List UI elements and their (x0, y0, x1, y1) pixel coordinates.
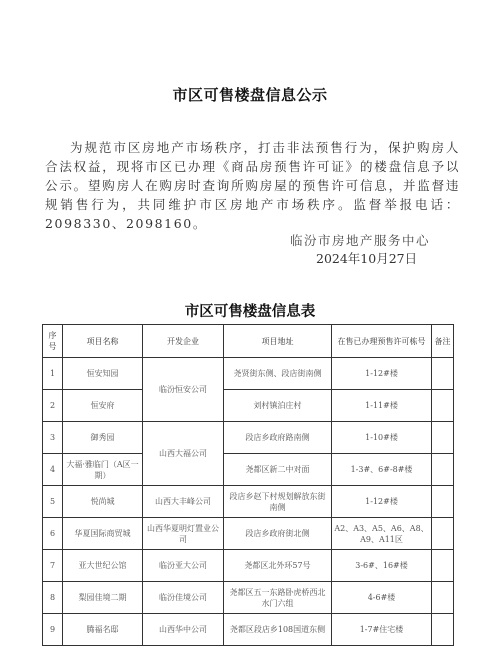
header-project-name: 项目名称 (63, 325, 143, 358)
cell-no: 6 (43, 518, 63, 550)
table-row: 5 悦尚城 山西大丰峰公司 段店乡赵下村规划解放东街南侧 1-12#楼 (43, 486, 454, 518)
cell-address: 段店乡政府街北侧 (224, 518, 332, 550)
header-address: 项目地址 (224, 325, 332, 358)
table-row: 9 腾福名邸 山西华中公司 尧都区段店乡108国道东侧 1-7#住宅楼 (43, 614, 454, 646)
cell-address: 尧都区段店乡108国道东侧 (224, 614, 332, 646)
table-header-row: 序号 项目名称 开发企业 项目地址 在售已办理预售许可栋号 备注 (43, 325, 454, 358)
cell-note (432, 486, 454, 518)
issue-date: 2024年10月27日 (316, 249, 417, 267)
cell-address: 段店乡赵下村规划解放东街南侧 (224, 486, 332, 518)
issuer-name: 临汾市房地产服务中心 (290, 231, 430, 249)
cell-no: 2 (43, 390, 63, 422)
header-permit-buildings: 在售已办理预售许可栋号 (332, 325, 432, 358)
cell-permit-buildings: 1-12#楼 (332, 486, 432, 518)
cell-no: 3 (43, 422, 63, 454)
cell-no: 8 (43, 582, 63, 614)
cell-project-name: 梨园佳境二期 (63, 582, 143, 614)
cell-no: 7 (43, 550, 63, 582)
table-row: 1 恒安知园 临汾恒安公司 尧贤街东侧、段店街南侧 1-12#楼 (43, 358, 454, 390)
cell-address: 尧都区北外环57号 (224, 550, 332, 582)
cell-permit-buildings: 1-10#楼 (332, 422, 432, 454)
cell-permit-buildings: 3-6#、16#楼 (332, 550, 432, 582)
cell-developer: 临汾亚大公司 (143, 550, 224, 582)
table-row: 8 梨园佳境二期 临汾佳境公司 尧都区五一东路卧虎桥西北水门六组 4-6#楼 (43, 582, 454, 614)
cell-developer: 临汾恒安公司 (143, 358, 224, 422)
cell-permit-buildings: A2、A3、A5、A6、A8、A9、A11区 (332, 518, 432, 550)
cell-developer: 山西华中公司 (143, 614, 224, 646)
cell-no: 1 (43, 358, 63, 390)
cell-no: 4 (43, 454, 63, 486)
cell-address: 尧贤街东侧、段店街南侧 (224, 358, 332, 390)
cell-note (432, 550, 454, 582)
cell-note (432, 518, 454, 550)
header-no: 序号 (43, 325, 63, 358)
cell-developer: 山西大丰峰公司 (143, 486, 224, 518)
cell-project-name: 亚大世纪公馆 (63, 550, 143, 582)
cell-project-name: 悦尚城 (63, 486, 143, 518)
cell-address: 段店乡政府路南侧 (224, 422, 332, 454)
announcement-body: 为规范市区房地产市场秩序，打击非法预售行为，保护购房人合法权益，现将市区已办理《… (45, 138, 460, 233)
cell-note (432, 390, 454, 422)
table-row: 2 恒安府 刘村镇泊庄村 1-11#楼 (43, 390, 454, 422)
table-row: 4 大福·雅临门（A区一期） 尧都区新二中对面 1-3#、6#-8#楼 (43, 454, 454, 486)
table-row: 7 亚大世纪公馆 临汾亚大公司 尧都区北外环57号 3-6#、16#楼 (43, 550, 454, 582)
header-developer: 开发企业 (143, 325, 224, 358)
cell-no: 5 (43, 486, 63, 518)
cell-project-name: 御秀园 (63, 422, 143, 454)
cell-project-name: 腾福名邸 (63, 614, 143, 646)
cell-address: 刘村镇泊庄村 (224, 390, 332, 422)
table-row: 3 御秀园 山西大福公司 段店乡政府路南侧 1-10#楼 (43, 422, 454, 454)
cell-permit-buildings: 1-3#、6#-8#楼 (332, 454, 432, 486)
cell-permit-buildings: 1-7#住宅楼 (332, 614, 432, 646)
cell-developer: 山西华夏明灯置业公司 (143, 518, 224, 550)
table-row: 6 华夏国际商贸城 山西华夏明灯置业公司 段店乡政府街北侧 A2、A3、A5、A… (43, 518, 454, 550)
cell-note (432, 614, 454, 646)
cell-no: 9 (43, 614, 63, 646)
property-info-table: 序号 项目名称 开发企业 项目地址 在售已办理预售许可栋号 备注 1 恒安知园 … (42, 324, 454, 646)
cell-project-name: 恒安府 (63, 390, 143, 422)
cell-developer: 山西大福公司 (143, 422, 224, 486)
cell-note (432, 582, 454, 614)
cell-permit-buildings: 1-11#楼 (332, 390, 432, 422)
cell-project-name: 恒安知园 (63, 358, 143, 390)
table-title: 市区可售楼盘信息表 (0, 300, 500, 321)
cell-address: 尧都区五一东路卧虎桥西北水门六组 (224, 582, 332, 614)
cell-developer: 临汾佳境公司 (143, 582, 224, 614)
cell-note (432, 422, 454, 454)
header-note: 备注 (432, 325, 454, 358)
cell-note (432, 358, 454, 390)
cell-permit-buildings: 4-6#楼 (332, 582, 432, 614)
cell-note (432, 454, 454, 486)
cell-permit-buildings: 1-12#楼 (332, 358, 432, 390)
cell-project-name: 大福·雅临门（A区一期） (63, 454, 143, 486)
cell-project-name: 华夏国际商贸城 (63, 518, 143, 550)
page-title: 市区可售楼盘信息公示 (0, 84, 500, 105)
cell-address: 尧都区新二中对面 (224, 454, 332, 486)
